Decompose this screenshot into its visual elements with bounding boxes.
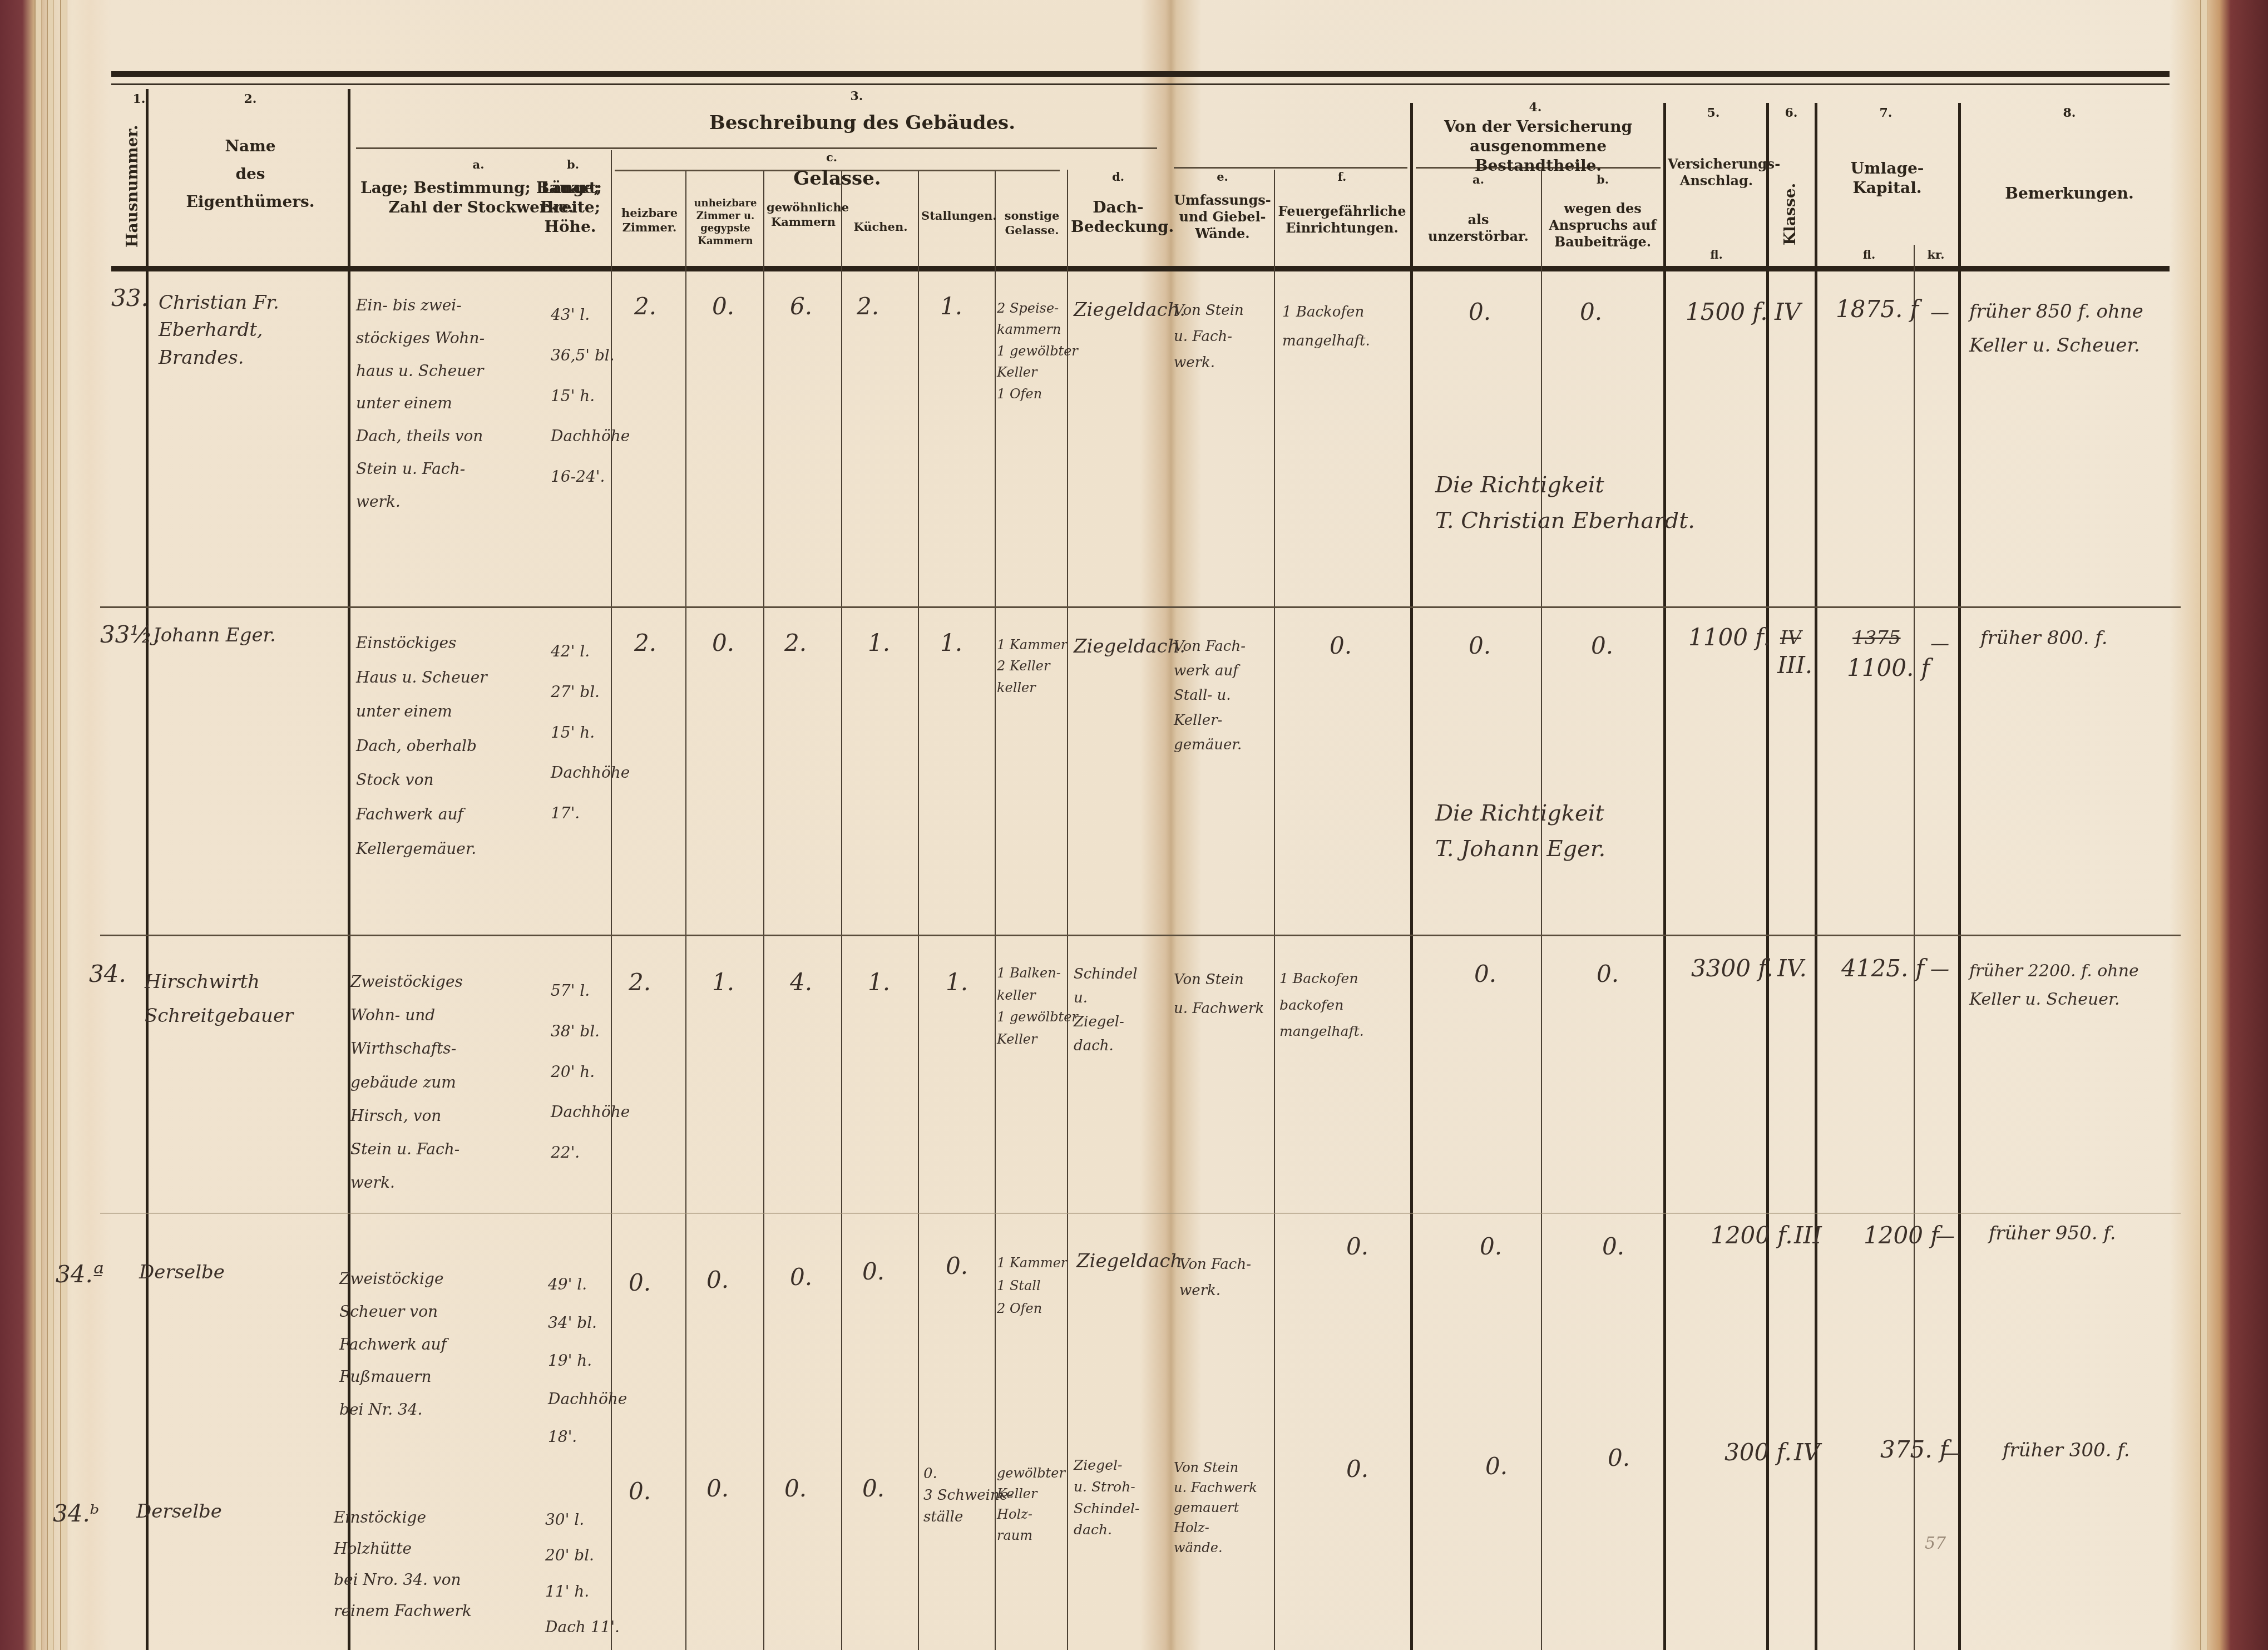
other-rooms: 1 Kammer 1 Stall 2 Ofen (997, 1252, 1067, 1320)
stables: 1. (940, 295, 962, 318)
header-top-rule (111, 71, 2170, 77)
unheated-rooms: 0. (712, 631, 734, 655)
col6-label-class: Klasse. (1780, 178, 1802, 250)
walls: Von Fach- werk auf Stall- u. Keller- gem… (1174, 634, 1246, 757)
levy-capital-kr: — (1930, 960, 1949, 979)
remarks: früher 850 f. ohne Keller u. Scheuer. (1969, 295, 2143, 363)
col-divider (841, 170, 842, 1650)
other-rooms: gewölbter Keller Holz- raum (997, 1463, 1065, 1546)
col3c-sub-unheated-rooms: unheizbare Zimmer u. gegypste Kammern (689, 197, 762, 248)
col-divider (1663, 103, 1666, 1650)
col3f-letter: f. (1277, 170, 1407, 184)
owner-name: Hirschwirth Schreitgebauer (145, 965, 293, 1033)
building-description: Zweistöckiges Wohn- und Wirthschafts- ge… (350, 965, 463, 1199)
col-divider (1958, 103, 1961, 1650)
dimensions: 49' l. 34' bl. 19' h. Dachhöhe 18'. (548, 1266, 627, 1456)
stables: 1. (946, 971, 968, 994)
col-divider (1766, 103, 1769, 1650)
levy-capital-kr: — (1936, 1227, 1955, 1246)
excluded-building-contribution: 0. (1597, 962, 1619, 986)
col2-number: 2. (239, 92, 261, 107)
roofing: Ziegeldach. (1074, 300, 1185, 319)
col4-label-excluded-parts: Von der Versicherung ausgenommene Bestan… (1419, 117, 1658, 175)
excluded-indestructible: 0. (1469, 634, 1491, 658)
remarks: früher 2200. f. ohne Keller u. Scheuer. (1969, 957, 2139, 1014)
risk-class: III (1794, 1224, 1822, 1247)
row-separator-faint (100, 1213, 2181, 1214)
excluded-indestructible: 0. (1480, 1235, 1502, 1258)
col1-label-house-number: Hausnummer. (122, 122, 145, 250)
chambers: 4. (790, 971, 812, 994)
insurance-value: 1200 f. (1711, 1224, 1793, 1247)
kitchens: 0. (862, 1477, 885, 1500)
col-divider (685, 170, 686, 1650)
pencil-page-number: 57 (1925, 1535, 1946, 1552)
other-rooms: 1 Balken- keller 1 gewölbter Keller (997, 962, 1078, 1050)
col4a-letter: a. (1416, 172, 1541, 187)
col3b-label: Länge; Breite; Höhe. (531, 178, 609, 236)
header-subrule (356, 147, 1157, 149)
house-number: 33½. (100, 623, 160, 646)
risk-class: III. (1777, 654, 1812, 677)
col7-label-levy-capital: Umlage-Kapital. (1819, 159, 1955, 197)
col3b-letter: b. (534, 157, 612, 172)
heated-rooms: 2. (634, 631, 656, 655)
col3c-sub-stables: Stallungen. (921, 209, 994, 223)
stables: 1. (940, 631, 962, 655)
excluded-building-contribution: 0. (1608, 1446, 1630, 1470)
owner-name: Derselbe (136, 1502, 222, 1521)
col2-label-line1: Name (156, 136, 345, 156)
col3c-sub-other-rooms: sonstige Gelasse. (998, 209, 1066, 238)
kitchens: 1. (868, 971, 890, 994)
col3-label-building-description: Beschreibung des Gebäudes. (668, 111, 1057, 135)
levy-capital-fl: 1875. f (1836, 298, 1919, 321)
col7-unit-fl: fl. (1852, 248, 1886, 262)
remarks: früher 300. f. (2003, 1441, 2130, 1460)
col3d-letter: d. (1071, 170, 1165, 184)
page-edge-stack (2200, 0, 2207, 1650)
excluded-building-contribution: 0. (1580, 300, 1602, 324)
page-edge-stack (60, 0, 67, 1650)
col3c-sub-kitchens: Küchen. (844, 220, 917, 234)
levy-capital-kr: — (1941, 1444, 1960, 1463)
kitchens: 1. (868, 631, 890, 655)
col7-unit-kr: kr. (1919, 248, 1953, 262)
col-divider (1410, 103, 1413, 1650)
levy-capital-kr: — (1930, 634, 1949, 653)
col-divider (1274, 170, 1275, 1650)
dimensions: 30' l. 20' bl. 11' h. Dach 11'. (545, 1502, 620, 1646)
chambers: 0. (790, 1266, 812, 1289)
col4-number: 4. (1524, 100, 1546, 116)
col-divider (763, 170, 764, 1650)
heated-rooms: 0. (629, 1480, 651, 1503)
col5-number: 5. (1702, 106, 1725, 121)
open-ledger-book: 1. Hausnummer. 2. Name des Eigenthümers.… (0, 0, 2268, 1650)
insurance-value: 300 f. (1725, 1441, 1792, 1464)
fire-hazards: 0. (1330, 634, 1352, 658)
building-description: Einstöckige Holzhütte bei Nro. 34. von r… (334, 1502, 472, 1627)
levy-capital-fl: 1100. f (1847, 656, 1930, 680)
col-divider (1541, 170, 1542, 1650)
col4b-letter: b. (1544, 172, 1662, 187)
header-top-rule-thin (111, 83, 2170, 85)
owner-name: Derselbe (139, 1263, 225, 1282)
col3c-sub-heated-rooms: heizbare Zimmer. (615, 206, 684, 235)
levy-capital-fl-struck: 1375 (1852, 629, 1901, 648)
dimensions: 42' l. 27' bl. 15' h. Dachhöhe 17'. (551, 631, 630, 834)
building-description: Zweistöckige Scheuer von Fachwerk auf Fu… (339, 1263, 447, 1426)
roofing: Ziegeldach. (1074, 637, 1185, 656)
building-description: Einstöckiges Haus u. Scheuer unter einem… (356, 626, 487, 866)
kitchens: 0. (862, 1260, 885, 1283)
col3d-label-roofing: Dach-Bedeckung. (1071, 197, 1165, 236)
col4a-label-indestructible: als unzerstörbar. (1416, 211, 1541, 245)
col-divider (1815, 103, 1817, 1650)
unheated-rooms: 0. (712, 295, 734, 318)
col1-number: 1. (128, 92, 150, 107)
roofing: Ziegeldach (1076, 1252, 1182, 1271)
owner-name: Johann Eger. (153, 626, 276, 645)
kitchens: 2. (857, 295, 879, 318)
unheated-rooms: 0. (706, 1268, 729, 1292)
chambers: 6. (790, 295, 812, 318)
stables: 0. (946, 1254, 968, 1278)
insurance-value: 3300 f. (1691, 957, 1773, 980)
col8-number: 8. (2058, 106, 2081, 121)
other-rooms: 2 Speise- kammern 1 gewölbter Keller 1 O… (997, 298, 1078, 404)
walls: Von Stein u. Fach- werk. (1174, 298, 1244, 376)
col3e-letter: e. (1171, 170, 1274, 184)
insurance-value: 1500 f. (1686, 300, 1768, 324)
header-subrule (1174, 167, 1407, 169)
page-edge-stack (47, 0, 54, 1650)
roofing: Schindel u. Ziegel- dach. (1074, 962, 1138, 1058)
walls: Von Fach- werk. (1179, 1252, 1251, 1304)
col8-label-remarks: Bemerkungen. (1969, 184, 2170, 203)
excluded-building-contribution: 0. (1591, 634, 1613, 658)
col3-number: 3. (846, 89, 868, 105)
heated-rooms: 2. (629, 971, 651, 994)
levy-capital-kr: — (1930, 303, 1949, 322)
risk-class: IV. (1777, 957, 1807, 980)
col3f-label-fire-hazards: Feuergefährliche Einrichtungen. (1277, 203, 1407, 236)
roofing: Ziegel- u. Stroh- Schindel- dach. (1074, 1455, 1140, 1541)
walls: Von Stein u. Fachwerk gemauert Holz- wän… (1174, 1458, 1257, 1558)
remarks: früher 800. f. (1980, 629, 2108, 648)
risk-class: IV (1775, 300, 1801, 324)
excluded-indestructible: 0. (1469, 300, 1491, 324)
col3c-sub-chambers: gewöhnliche Kammern (767, 200, 840, 230)
excluded-building-contribution: 0. (1602, 1235, 1624, 1258)
col-divider (146, 89, 149, 1650)
unheated-rooms: 1. (712, 971, 734, 994)
row-separator (100, 935, 2181, 936)
heated-rooms: 2. (634, 295, 656, 318)
col5-label-insurance-value: Versicherungs-Anschlag. (1668, 156, 1765, 189)
header-bottom-rule (111, 266, 2170, 271)
chambers: 2. (784, 631, 807, 655)
other-rooms: 1 Kammer 2 Keller keller (997, 634, 1067, 698)
col2-label-line3: Eigenthümers. (156, 192, 345, 211)
owner-name: Christian Fr. Eberhardt, Brandes. (159, 289, 279, 372)
dimensions: 43' l. 36,5' bl. 15' h. Dachhöhe 16-24'. (551, 295, 630, 497)
house-number: 33. (111, 286, 149, 310)
risk-class-struck: IV (1780, 629, 1801, 648)
page-edge-stack (34, 0, 42, 1650)
col3c-label-rooms: Gelasse. (768, 167, 907, 191)
col5-unit: fl. (1668, 248, 1765, 262)
unheated-rooms: 0. (706, 1477, 729, 1500)
house-number: 34.ª (56, 1263, 104, 1286)
walls: Von Stein u. Fachwerk (1174, 965, 1264, 1023)
chambers: 0. (784, 1477, 807, 1500)
house-number: 34. (89, 962, 126, 986)
house-number: 34.ᵇ (53, 1502, 100, 1525)
owner-signature: Die Richtigkeit T. Johann Eger. (1435, 796, 1605, 867)
fire-hazards: 0. (1346, 1235, 1368, 1258)
risk-class: IV (1794, 1441, 1820, 1464)
remarks: früher 950. f. (1989, 1224, 2116, 1243)
fire-hazards: 1 Backofen backofen mangelhaft. (1279, 965, 1364, 1045)
heated-rooms: 0. (629, 1271, 651, 1295)
row-separator (100, 606, 2181, 608)
col4b-label-building-contribution: wegen des Anspruchs auf Baubeiträge. (1544, 200, 1662, 250)
fire-hazards: 1 Backofen mangelhaft. (1282, 298, 1370, 355)
col3e-label-walls: Umfassungs- und Giebel-Wände. (1171, 192, 1274, 242)
col6-number: 6. (1780, 106, 1802, 121)
owner-signature: Die Richtigkeit T. Christian Eberhardt. (1435, 467, 1695, 539)
col3c-letter: c. (790, 150, 873, 165)
excluded-indestructible: 0. (1485, 1455, 1508, 1478)
col-divider (995, 170, 996, 1650)
excluded-indestructible: 0. (1474, 962, 1496, 986)
dimensions: 57' l. 38' bl. 20' h. Dachhöhe 22'. (551, 971, 630, 1173)
col2-label-line2: des (156, 164, 345, 184)
building-description: Ein- bis zwei- stöckiges Wohn- haus u. S… (356, 289, 485, 518)
insurance-value: 1100 f. (1688, 626, 1771, 649)
levy-capital-fl: 375. f (1880, 1438, 1948, 1461)
col-divider (918, 170, 919, 1650)
levy-capital-fl: 4125. f (1841, 957, 1924, 980)
levy-capital-fl: 1200 f (1864, 1224, 1939, 1247)
fire-hazards: 0. (1346, 1458, 1368, 1481)
col7-number: 7. (1875, 106, 1897, 121)
